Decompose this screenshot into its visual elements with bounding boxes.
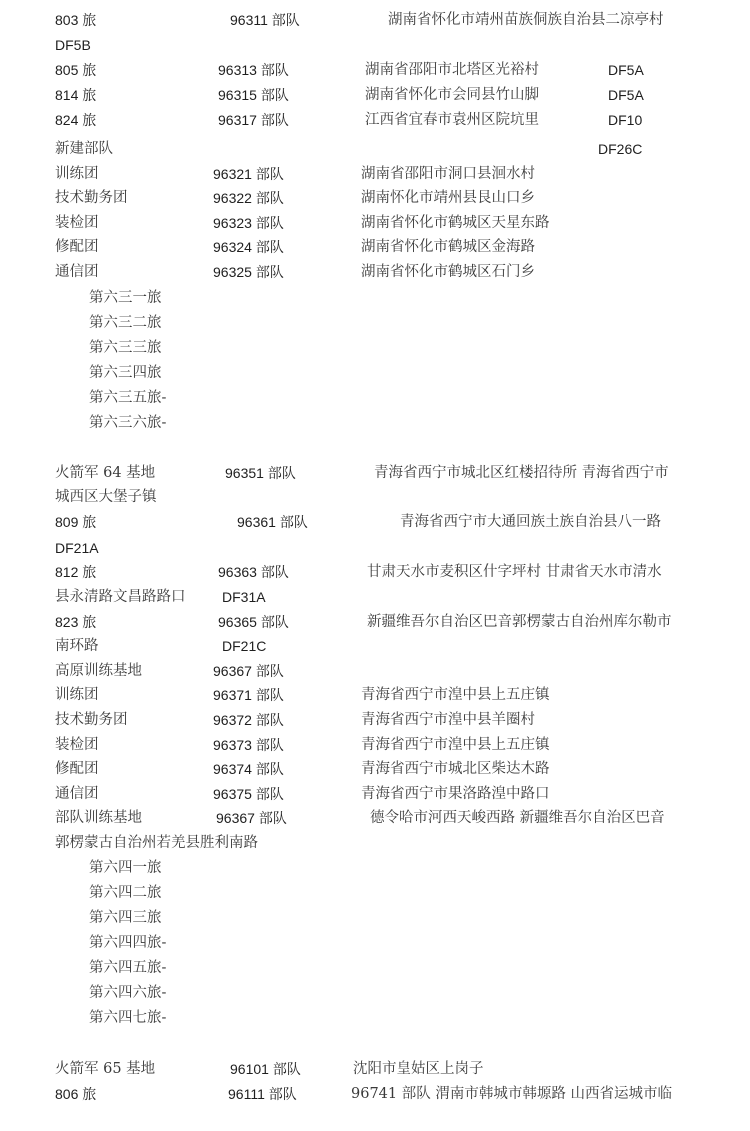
unit-address: 青海省西宁市湟中县羊圈村 <box>361 708 535 733</box>
unit-row: 技术勤务团 96322 部队 湖南怀化市靖州县艮山口乡 <box>0 186 750 211</box>
unit-address: 青海省西宁市城北区柴达木路 <box>361 757 550 782</box>
unit-code: 96363 部队 <box>218 560 289 585</box>
unit-address: 湖南省怀化市靖州苗族侗族自治县二凉亭村 <box>388 8 664 33</box>
unit-row: 通信团 96375 部队 青海省西宁市果洛路湟中路口 <box>0 782 750 807</box>
unit-address: 甘肃天水市麦积区什字坪村 甘肃省天水市清水 <box>367 560 662 585</box>
unit-row: 装检团 96323 部队 湖南省怀化市鹤城区天星东路 <box>0 211 750 236</box>
missile-type: DF26C <box>598 137 642 162</box>
missile-type: DF21C <box>222 634 266 659</box>
unit-address: 江西省宜春市袁州区院坑里 <box>365 108 539 133</box>
unit-code: 96375 部队 <box>213 782 284 807</box>
unit-address: 湖南省怀化市会同县竹山脚 <box>365 83 539 108</box>
unit-name: 805 旅 <box>55 58 96 83</box>
unit-name: 装检团 <box>55 211 99 236</box>
unit-code: 96313 部队 <box>218 58 289 83</box>
base-row: 火箭军 65 基地 96101 部队 沈阳市皇姑区上岗子 <box>0 1057 750 1082</box>
brigade-item: 第六三五旅- <box>0 386 750 411</box>
unit-address: 湖南省邵阳市北塔区光裕村 <box>365 58 539 83</box>
unit-address: 湖南省邵阳市洞口县洄水村 <box>361 162 535 187</box>
unit-row: 训练团 96371 部队 青海省西宁市湟中县上五庄镇 <box>0 683 750 708</box>
unit-code: 96315 部队 <box>218 83 289 108</box>
unit-row: 新建部队 DF26C <box>0 137 750 162</box>
base-row: 火箭军 64 基地 96351 部队 青海省西宁市城北区红楼招待所 青海省西宁市 <box>0 461 750 486</box>
unit-address: 德令哈市河西天峻西路 新疆维吾尔自治区巴音 <box>370 806 665 831</box>
unit-address: 青海省西宁市大通回族土族自治县八一路 <box>400 510 661 535</box>
unit-address: 湖南省怀化市鹤城区天星东路 <box>361 211 550 236</box>
unit-name: 装检团 <box>55 733 99 758</box>
unit-row: 809 旅 96361 部队 青海省西宁市大通回族土族自治县八一路 <box>0 510 750 535</box>
unit-row: 806 旅 96111 部队 96741 部队 渭南市韩城市韩塬路 山西省运城市… <box>0 1082 750 1107</box>
unit-address: 青海省西宁市湟中县上五庄镇 <box>361 683 550 708</box>
unit-code: 96373 部队 <box>213 733 284 758</box>
unit-name: 修配团 <box>55 757 99 782</box>
base-code: 96351 部队 <box>225 461 296 486</box>
unit-address: 湖南怀化市靖州县艮山口乡 <box>361 186 535 211</box>
unit-code: 96325 部队 <box>213 260 284 285</box>
brigade-item: 第六三六旅- <box>0 411 750 436</box>
unit-name: 806 旅 <box>55 1082 96 1107</box>
unit-code: 96371 部队 <box>213 683 284 708</box>
missile-type: DF5A <box>608 58 644 83</box>
unit-name: 通信团 <box>55 260 99 285</box>
brigade-item: 第六三三旅 <box>0 336 750 361</box>
unit-row: 部队训练基地 96367 部队 德令哈市河西天峻西路 新疆维吾尔自治区巴音 <box>0 806 750 831</box>
unit-code: 96372 部队 <box>213 708 284 733</box>
unit-row: 814 旅 96315 部队 湖南省怀化市会同县竹山脚 DF5A <box>0 83 750 108</box>
unit-row: 805 旅 96313 部队 湖南省邵阳市北塔区光裕村 DF5A <box>0 58 750 83</box>
unit-address: 新疆维吾尔自治区巴音郭楞蒙古自治州库尔勒市 <box>367 610 672 635</box>
unit-row: 修配团 96324 部队 湖南省怀化市鹤城区金海路 <box>0 235 750 260</box>
unit-row: 812 旅 96363 部队 甘肃天水市麦积区什字坪村 甘肃省天水市清水 <box>0 560 750 585</box>
unit-code: 96324 部队 <box>213 235 284 260</box>
unit-row-cont: DF5B <box>0 33 750 58</box>
unit-code: 96367 部队 <box>216 806 287 831</box>
unit-row: 803 旅 96311 部队 湖南省怀化市靖州苗族侗族自治县二凉亭村 <box>0 8 750 33</box>
unit-code: 96111 部队 <box>228 1082 297 1107</box>
base-address: 青海省西宁市城北区红楼招待所 青海省西宁市 <box>374 461 669 486</box>
unit-code: 96323 部队 <box>213 211 284 236</box>
unit-code: 96322 部队 <box>213 186 284 211</box>
document-page: 803 旅 96311 部队 湖南省怀化市靖州苗族侗族自治县二凉亭村 DF5B … <box>0 0 750 1131</box>
unit-row-cont: 县永清路文昌路路口 DF31A <box>0 585 750 610</box>
unit-name: 训练团 <box>55 683 99 708</box>
brigade-item: 第六四六旅- <box>0 981 750 1006</box>
unit-name: 823 旅 <box>55 610 96 635</box>
unit-code: 96321 部队 <box>213 162 284 187</box>
unit-address: 湖南省怀化市鹤城区金海路 <box>361 235 535 260</box>
brigade-item: 第六四二旅 <box>0 881 750 906</box>
base-row-cont: 城西区大堡子镇 <box>0 485 750 510</box>
brigade-item: 第六四七旅- <box>0 1006 750 1031</box>
unit-code: 96311 部队 <box>230 8 300 33</box>
unit-name: 高原训练基地 <box>55 659 142 684</box>
unit-row-cont: 郭楞蒙古自治州若羌县胜利南路 <box>0 831 750 856</box>
missile-type: DF5A <box>608 83 644 108</box>
brigade-item: 第六三一旅 <box>0 286 750 311</box>
unit-address: 湖南省怀化市鹤城区石门乡 <box>361 260 535 285</box>
unit-name: 809 旅 <box>55 510 96 535</box>
unit-name: 812 旅 <box>55 560 96 585</box>
unit-row: 通信团 96325 部队 湖南省怀化市鹤城区石门乡 <box>0 260 750 285</box>
unit-code: 96361 部队 <box>237 510 308 535</box>
brigade-item: 第六三四旅 <box>0 361 750 386</box>
unit-address: 96741 部队 渭南市韩城市韩塬路 山西省运城市临 <box>351 1082 672 1107</box>
unit-row: 装检团 96373 部队 青海省西宁市湟中县上五庄镇 <box>0 733 750 758</box>
unit-code: 96317 部队 <box>218 108 289 133</box>
unit-code: 96365 部队 <box>218 610 289 635</box>
missile-type: DF5B <box>55 33 91 58</box>
unit-name: 新建部队 <box>55 137 113 162</box>
base-code: 96101 部队 <box>230 1057 301 1082</box>
brigade-item: 第六四三旅 <box>0 906 750 931</box>
unit-name: 通信团 <box>55 782 99 807</box>
unit-address: 青海省西宁市果洛路湟中路口 <box>361 782 550 807</box>
missile-type: DF31A <box>222 585 266 610</box>
unit-row: 高原训练基地 96367 部队 <box>0 659 750 684</box>
unit-name: 部队训练基地 <box>55 806 142 831</box>
unit-row: 技术勤务团 96372 部队 青海省西宁市湟中县羊圈村 <box>0 708 750 733</box>
brigade-item: 第六四五旅- <box>0 956 750 981</box>
base-address: 沈阳市皇姑区上岗子 <box>353 1057 484 1082</box>
unit-name: 修配团 <box>55 235 99 260</box>
unit-row: 修配团 96374 部队 青海省西宁市城北区柴达木路 <box>0 757 750 782</box>
unit-name: 824 旅 <box>55 108 96 133</box>
brigade-item: 第六三二旅 <box>0 311 750 336</box>
unit-row: 823 旅 96365 部队 新疆维吾尔自治区巴音郭楞蒙古自治州库尔勒市 <box>0 610 750 635</box>
unit-row-cont: DF21A <box>0 536 750 561</box>
unit-name: 技术勤务团 <box>55 708 128 733</box>
unit-code: 96367 部队 <box>213 659 284 684</box>
base-name: 火箭军 65 基地 <box>55 1057 155 1082</box>
unit-code: 96374 部队 <box>213 757 284 782</box>
missile-type: DF10 <box>608 108 642 133</box>
base-name: 火箭军 64 基地 <box>55 461 155 486</box>
unit-name: 814 旅 <box>55 83 96 108</box>
unit-name: 技术勤务团 <box>55 186 128 211</box>
brigade-item: 第六四四旅- <box>0 931 750 956</box>
unit-name: 训练团 <box>55 162 99 187</box>
unit-row-cont: 南环路 DF21C <box>0 634 750 659</box>
brigade-item: 第六四一旅 <box>0 856 750 881</box>
unit-address: 青海省西宁市湟中县上五庄镇 <box>361 733 550 758</box>
missile-type: DF21A <box>55 536 99 561</box>
unit-name: 803 旅 <box>55 8 96 33</box>
unit-row: 824 旅 96317 部队 江西省宜春市袁州区院坑里 DF10 <box>0 108 750 133</box>
unit-row: 训练团 96321 部队 湖南省邵阳市洞口县洄水村 <box>0 162 750 187</box>
